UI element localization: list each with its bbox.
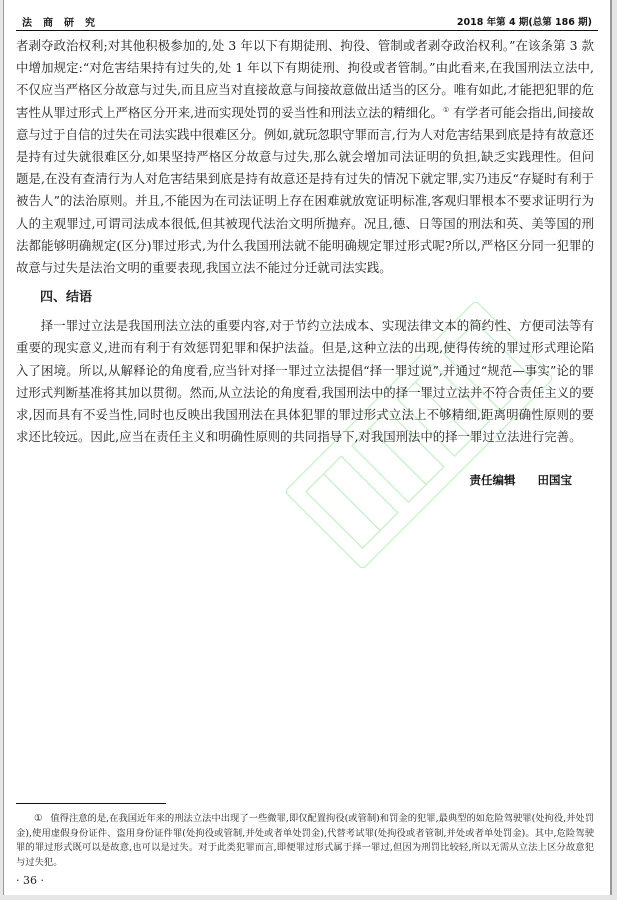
paragraph: 择一罪过立法是我国刑法立法的重要内容,对于节约立法成本、实现法律文本的简约性、方… (16, 315, 594, 448)
section-title: 四、结语 (40, 285, 594, 311)
footnote-number: ① (34, 813, 42, 824)
header-rule (16, 30, 598, 31)
running-header: 法商研究 2018 年第 4 期(总第 186 期) (16, 8, 598, 30)
journal-page: 法商研究 2018 年第 4 期(总第 186 期) 者剥夺政治权利;对其他积极… (3, 0, 612, 895)
article-body: 者剥夺政治权利;对其他积极参加的,处 3 年以下有期徒刑、拘役、管制或者剥夺政治… (16, 35, 594, 448)
journal-name: 法商研究 (22, 14, 106, 29)
footnote-rule (16, 803, 166, 804)
editor-label: 责任编辑 (470, 473, 516, 487)
footnote: ①值得注意的是,在我国近年来的刑法立法中出现了一些微罪,即仅配置拘役(或管制)和… (16, 812, 594, 870)
footnote-text: 值得注意的是,在我国近年来的刑法立法中出现了一些微罪,即仅配置拘役(或管制)和罚… (16, 813, 594, 868)
editor-name: 田国宝 (538, 473, 573, 487)
responsible-editor: 责任编辑田国宝 (470, 472, 573, 488)
paragraph: 者剥夺政治权利;对其他积极参加的,处 3 年以下有期徒刑、拘役、管制或者剥夺政治… (16, 35, 594, 279)
issue-info: 2018 年第 4 期(总第 186 期) (457, 14, 592, 28)
page-number: · 36 · (16, 874, 44, 887)
